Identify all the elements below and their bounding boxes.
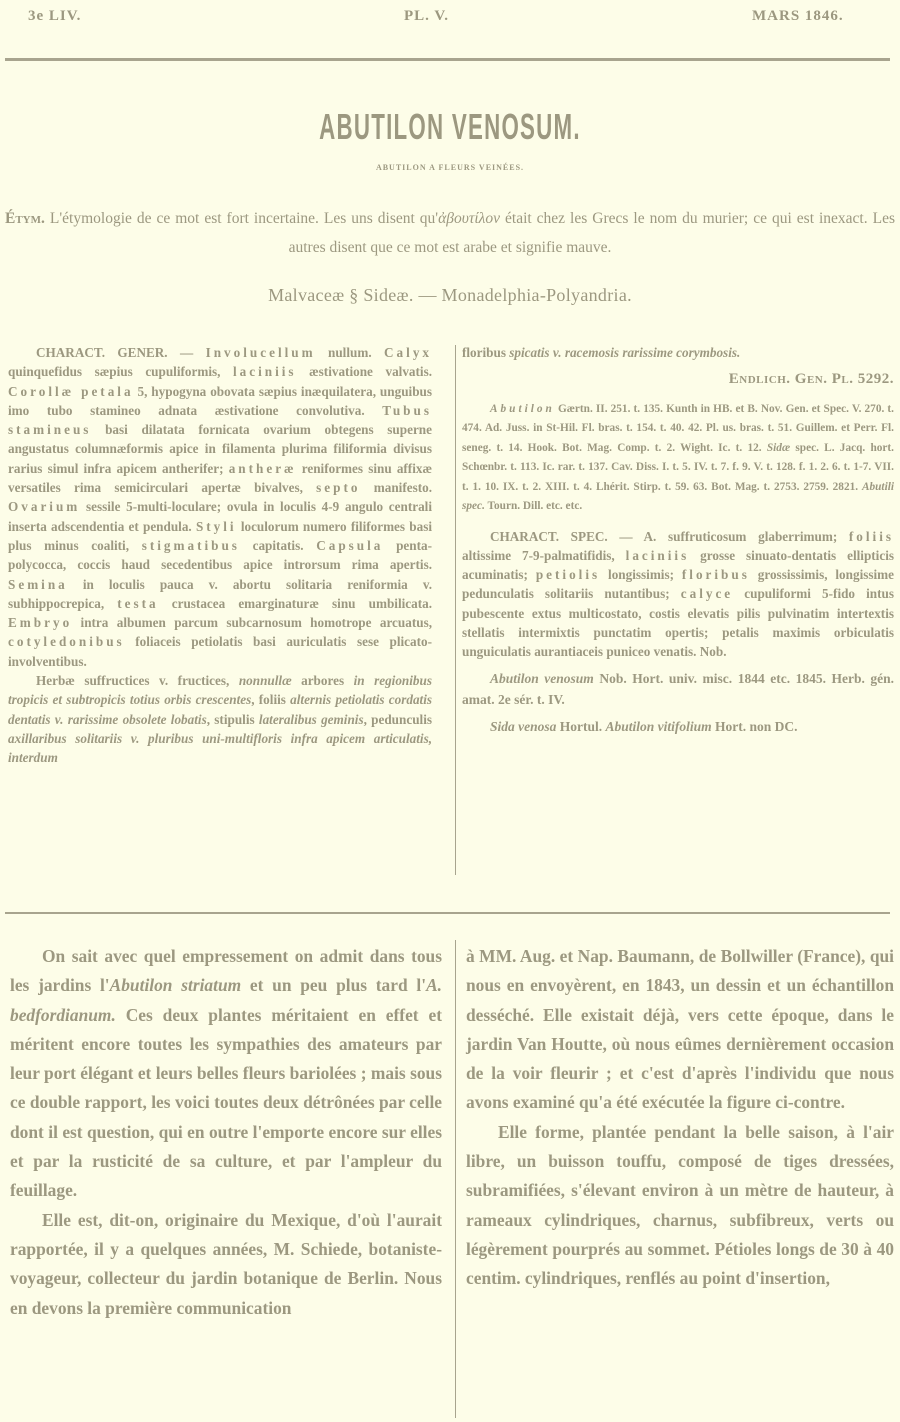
- term-label: antheræ: [229, 461, 297, 476]
- term-label: foliis: [849, 529, 894, 544]
- plate-number: PL. V.: [404, 8, 449, 25]
- issue-date: MARS 1846.: [752, 8, 844, 25]
- italic-text: nonnullæ: [239, 673, 292, 688]
- text: Herbæ suffructices v. fructices,: [36, 673, 239, 688]
- synonym-1: Abutilon venosum Nob. Hort. univ. misc. …: [462, 668, 894, 710]
- body-paragraph: à MM. Aug. et Nap. Baumann, de Bollwille…: [466, 942, 894, 1118]
- text: capitatis.: [240, 538, 316, 553]
- text: A. suffruticosum glaberrimum;: [633, 529, 849, 544]
- text: Hortul.: [556, 719, 605, 734]
- synonym-name: Abutilon venosum: [490, 671, 594, 686]
- text: floribus: [462, 345, 509, 360]
- text: , stipulis: [207, 712, 259, 727]
- body-paragraph: Elle est, dit-on, originaire du Mexique,…: [10, 1206, 442, 1323]
- term-label: Calyx: [384, 345, 432, 360]
- italic-text: Abutilon striatum: [110, 975, 242, 995]
- text: altissime 7-9-palmatifidis,: [462, 548, 626, 563]
- term-label: testa: [117, 596, 158, 611]
- term-label: Involucellum: [206, 345, 316, 360]
- text: longissimis;: [600, 567, 682, 582]
- italic-text: axillaribus solitariis v. pluribus uni-m…: [8, 731, 432, 765]
- italic-text: spicatis v. racemosis rarissime corymbos…: [509, 345, 740, 360]
- references-column: floribus spicatis v. racemosis rarissime…: [462, 343, 894, 737]
- charact-gener-heading: CHARACT. GENER. —: [36, 345, 193, 360]
- term-label: floribus: [682, 567, 750, 582]
- term-label: Styli: [196, 519, 237, 534]
- term-label: cotyledonibus: [8, 634, 125, 649]
- top-rule: [5, 58, 890, 61]
- body-paragraph: On sait avec quel empressement on admit …: [10, 942, 442, 1206]
- genus-reference: Endlich. Gen. Pl. 5292.: [462, 370, 894, 389]
- etymology: Étym. L'étymologie de ce mot est fort in…: [5, 204, 895, 262]
- page-subtitle: ABUTILON A FLEURS VEINÉES.: [0, 163, 900, 172]
- term-label: Capsula: [316, 538, 383, 553]
- classification: Malvaceæ § Sideæ. — Monadelphia-Polyandr…: [0, 285, 900, 306]
- synonym-name: Sida venosa: [490, 719, 556, 734]
- text: quinquefidus sæpius cupuliformis,: [8, 364, 233, 379]
- etymology-label: Étym.: [5, 210, 45, 227]
- greek-word: ἀβουτίλον: [438, 210, 500, 227]
- text: Ces deux plantes méritaient en effet et …: [10, 1005, 442, 1201]
- issue-number: 3e LIV.: [28, 8, 81, 25]
- term-label: calyce: [681, 586, 733, 601]
- text: Hort. non DC.: [712, 719, 798, 734]
- section-rule: [5, 912, 890, 914]
- term-label: Ovarium: [8, 499, 80, 514]
- term-label: laciniis: [233, 364, 297, 379]
- habit-paragraph-continued: floribus spicatis v. racemosis rarissime…: [462, 343, 894, 362]
- term-label: Embryo: [8, 615, 72, 630]
- synonym-name: Abutilon vitifolium: [606, 719, 712, 734]
- charact-spec-heading: CHARACT. SPEC. —: [490, 529, 633, 544]
- body-column-right: à MM. Aug. et Nap. Baumann, de Bollwille…: [466, 942, 894, 1294]
- term-label: Semina: [8, 577, 68, 592]
- italic-text: Sidæ: [767, 442, 790, 454]
- column-divider-top: [455, 345, 456, 875]
- text: intra albumen parcum subcarnosum homotro…: [72, 615, 432, 630]
- text: æstivatione valvatis.: [297, 364, 432, 379]
- page-title: ABUTILON VENOSUM.: [171, 106, 729, 148]
- italic-text: lateralibus geminis: [259, 712, 364, 727]
- habit-paragraph: Herbæ suffructices v. fructices, nonnull…: [8, 671, 432, 767]
- text: arbores: [292, 673, 354, 688]
- text: , pedunculis: [364, 712, 432, 727]
- term-label: septo: [316, 480, 360, 495]
- bibliography: Abutilon Gærtn. II. 251. t. 135. Kunth i…: [462, 400, 894, 517]
- running-head: 3e LIV. PL. V. MARS 1846.: [0, 8, 900, 32]
- charact-gener-column: CHARACT. GENER. — Involucellum nullum. C…: [8, 343, 432, 768]
- text: manifesto.: [360, 480, 432, 495]
- text: et un peu plus tard l': [241, 975, 426, 995]
- body-paragraph: Elle forme, plantée pendant la belle sai…: [466, 1118, 894, 1294]
- column-divider-bottom: [455, 940, 456, 1418]
- charact-gener-paragraph: CHARACT. GENER. — Involucellum nullum. C…: [8, 343, 432, 671]
- synonym-2: Sida venosa Hortul. Abutilon vitifolium …: [462, 716, 894, 737]
- term-label: stigmatibus: [142, 538, 240, 553]
- body-column-left: On sait avec quel empressement on admit …: [10, 942, 442, 1323]
- term-label: Corollæ petala: [8, 384, 134, 399]
- term-label: petiolis: [536, 567, 600, 582]
- term-label: laciniis: [626, 548, 690, 563]
- text: , foliis: [251, 692, 290, 707]
- charact-spec-paragraph: CHARACT. SPEC. — A. suffruticosum glaber…: [462, 527, 894, 662]
- text: Tourn. Dill. etc. etc.: [485, 500, 582, 512]
- genus-name: Abutilon: [490, 403, 555, 415]
- text: nullum.: [316, 345, 384, 360]
- etymology-text: L'étymologie de ce mot est fort incertai…: [45, 210, 438, 227]
- text: crustacea emarginaturæ sinu umbilicata.: [159, 596, 432, 611]
